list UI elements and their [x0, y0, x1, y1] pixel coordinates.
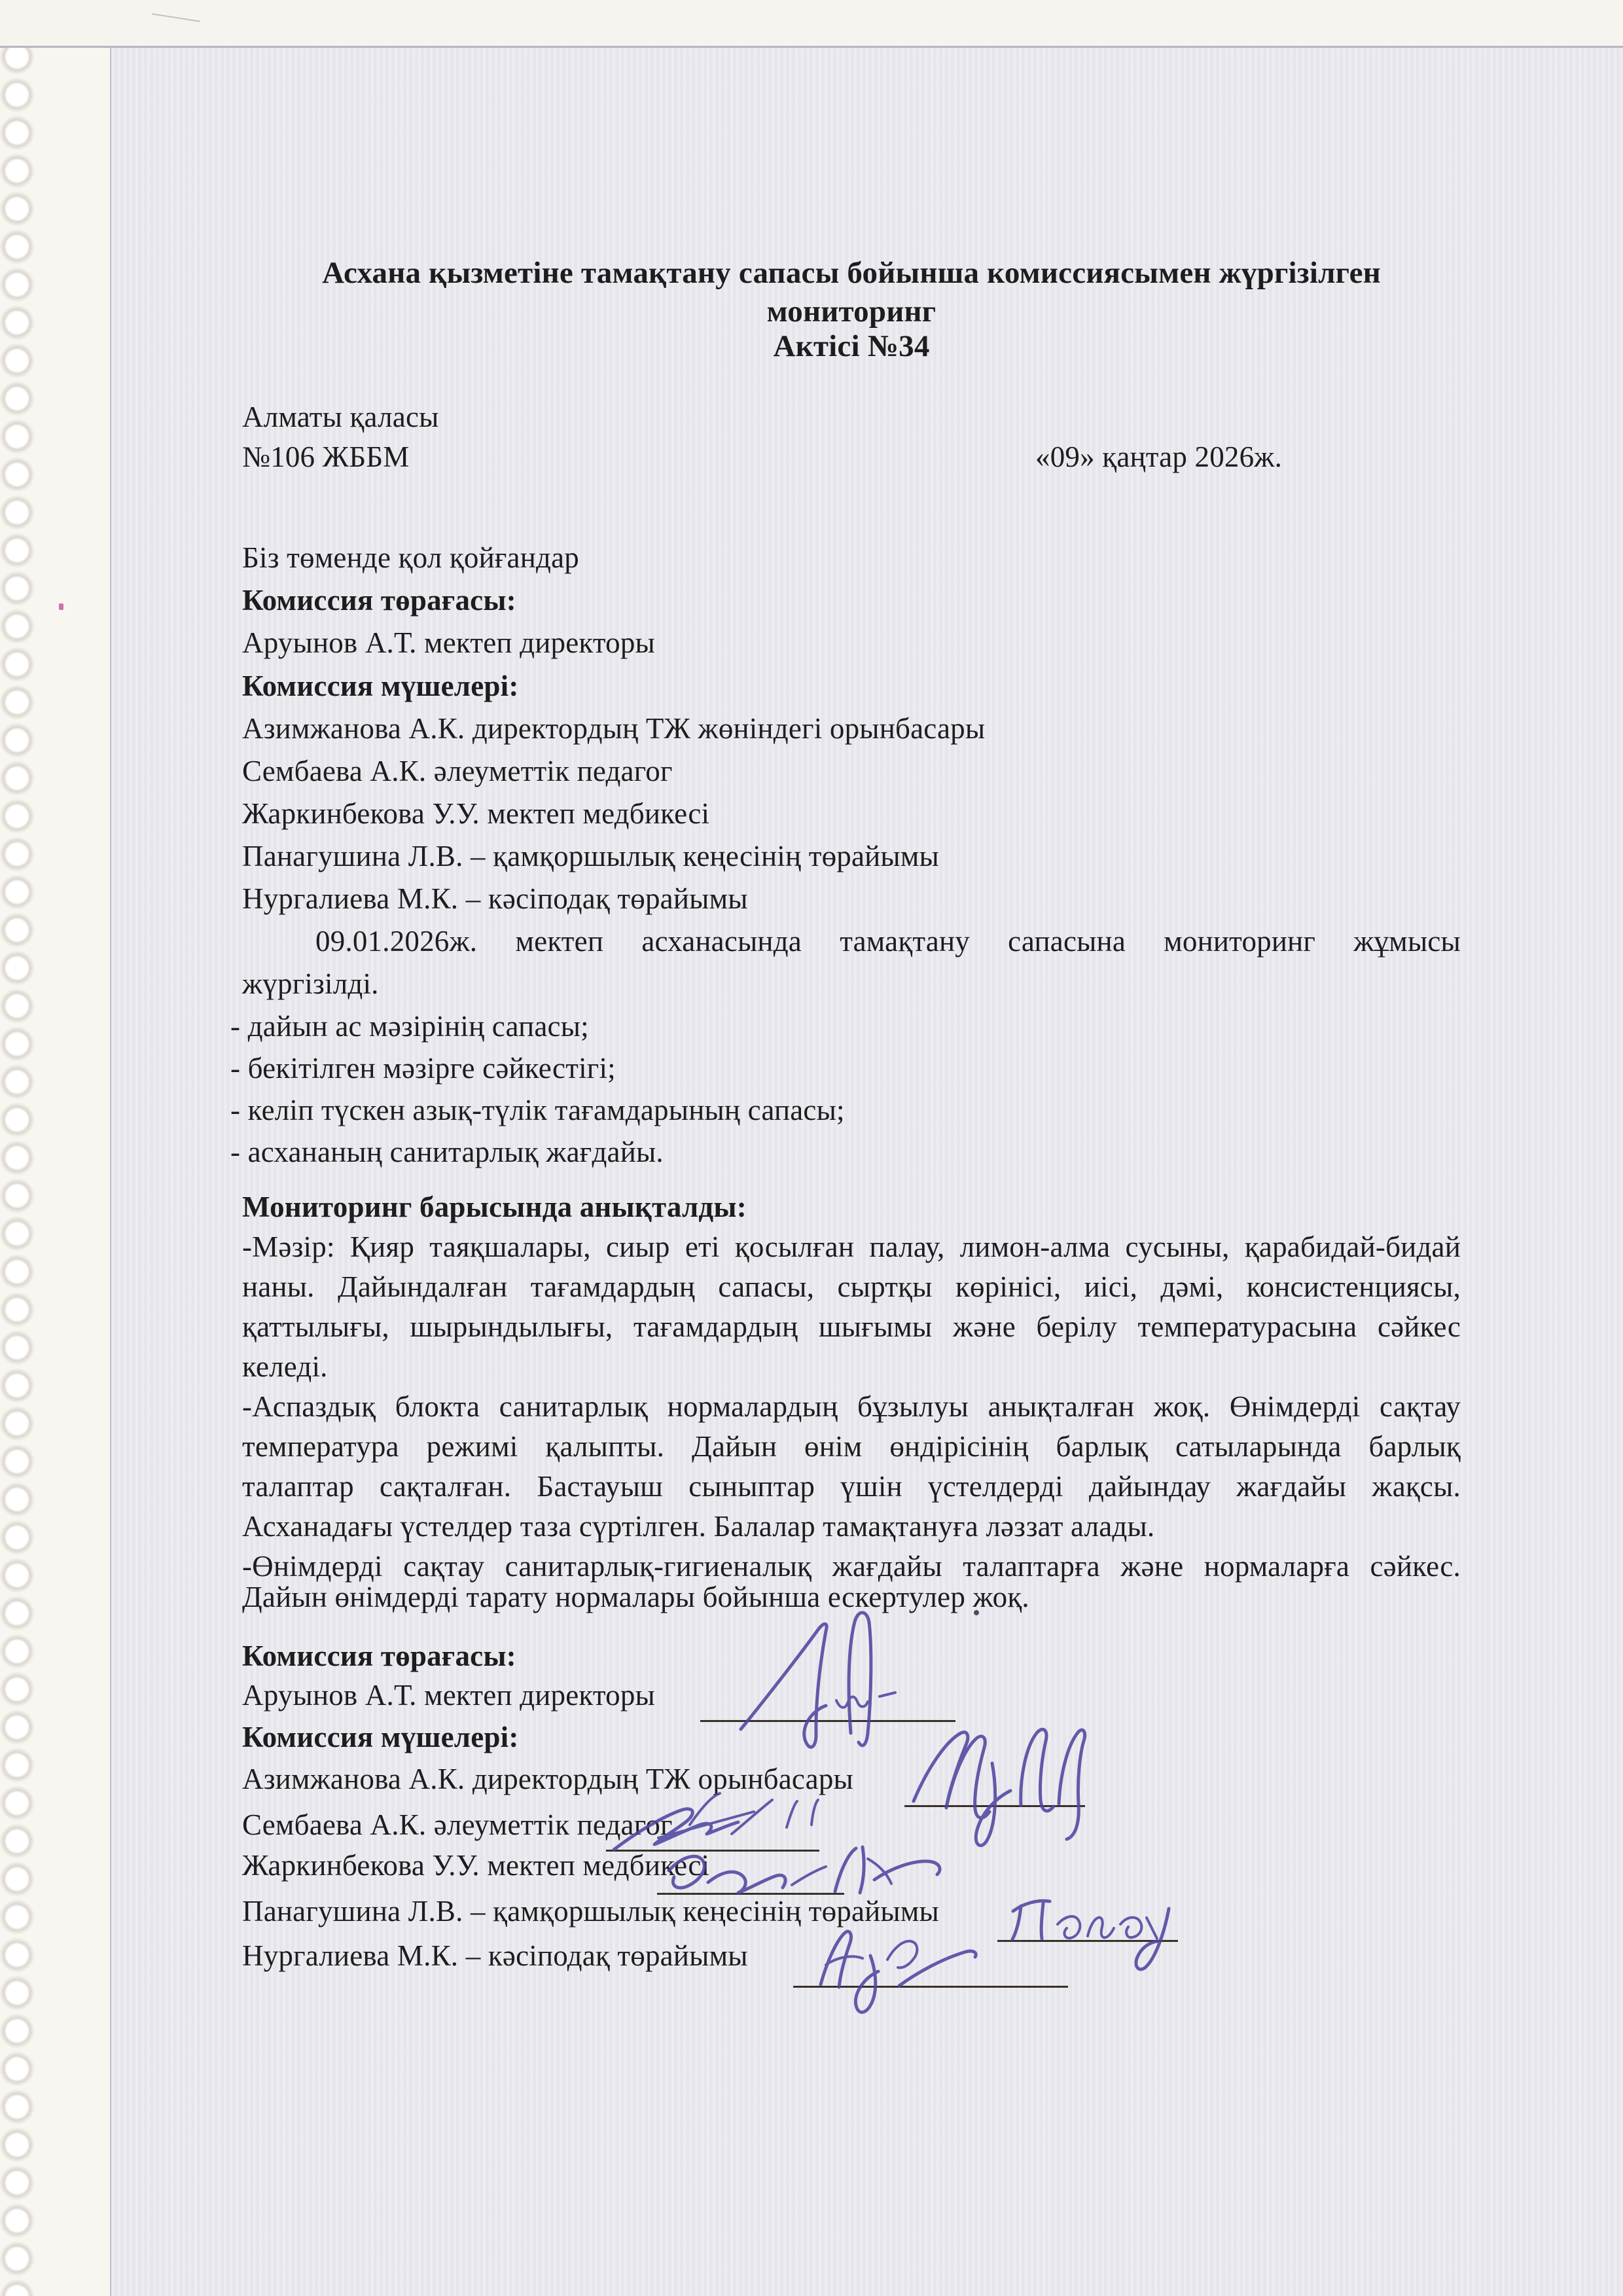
member-line: Панагушина Л.В. – қамқоршылық кеңесінің … [242, 836, 939, 876]
chair-name: Аруынов А.Т. мектеп директоры [242, 623, 655, 662]
findings-heading: Мониторинг барысында анықталды: [242, 1187, 747, 1227]
findings-menu-line: -Мәзір: Қияр таяқшалары, сиыр еті қосылғ… [242, 1227, 1461, 1266]
member-line: Азимжанова А.К. директордың ТЖ жөніндегі… [242, 709, 985, 748]
signature-line-member [997, 1940, 1178, 1942]
signature-line-member [793, 1986, 1068, 1988]
checklist-item: - асхананың санитарлық жағдайы. [230, 1132, 664, 1172]
signoff-members-heading: Комиссия мүшелері: [242, 1717, 519, 1757]
ink-speck [59, 603, 63, 610]
date-line: «09» қаңтар 2026ж. [1035, 437, 1282, 476]
findings-menu-line: қаттылығы, шырындылығы, тағамдардың шығы… [242, 1307, 1461, 1346]
chair-heading: Комиссия төрағасы: [242, 581, 516, 620]
checklist-item: - дайын ас мәзірінің сапасы; [230, 1007, 589, 1046]
signoff-member-label: Сембаева А.К. әлеуметтік педагог [242, 1805, 673, 1844]
city-line: Алматы қаласы [242, 397, 439, 437]
findings-kitchen-line: талаптар сақталған. Бастауыш сыныптар үш… [242, 1467, 1461, 1506]
monitoring-statement-line-1: 09.01.2026ж. мектеп асханасында тамақтан… [242, 922, 1461, 961]
intro-line: Біз төменде қол қойғандар [242, 538, 579, 577]
signoff-chair-label: Аруынов А.Т. мектеп директоры [242, 1676, 655, 1715]
findings-storage-line: Дайын өнімдерді тарату нормалары бойынша… [242, 1577, 1461, 1617]
checklist-item: - бекітілген мәзірге сәйкестігі; [230, 1049, 616, 1088]
signoff-member-label: Панагушина Л.В. – қамқоршылық кеңесінің … [242, 1892, 939, 1931]
findings-kitchen-line: -Аспаздық блокта санитарлық нормалардың … [242, 1387, 1461, 1426]
members-heading: Комиссия мүшелері: [242, 666, 519, 706]
member-line: Жаркинбекова У.У. мектеп медбикесі [242, 794, 709, 833]
findings-menu-line: келеді. [242, 1347, 1461, 1386]
binder-left-margin [0, 0, 111, 2296]
signoff-member-label: Жаркинбекова У.У. мектеп медбикесі [242, 1846, 709, 1885]
signature-aruynov [741, 1613, 895, 1747]
signature-azimzhanova [914, 1729, 1085, 1845]
document-title-line-1: Асхана қызметіне тамақтану сапасы бойынш… [242, 253, 1461, 293]
signoff-member-label: Нургалиева М.К. – кәсіподақ төрайымы [242, 1936, 748, 1975]
findings-kitchen-line: температура режимі қалыпты. Дайын өнім ө… [242, 1427, 1461, 1466]
scanned-document-page: Асхана қызметіне тамақтану сапасы бойынш… [0, 0, 1623, 2296]
scanner-top-margin [0, 0, 1623, 48]
document-title-line-2: мониторинг [242, 292, 1461, 331]
signature-nurgalieva [821, 1931, 976, 2012]
member-line: Сембаева А.К. әлеуметтік педагог [242, 751, 673, 791]
monitoring-statement-line-2: жүргізілді. [242, 964, 379, 1003]
findings-kitchen-line: Асханадағы үстелдер таза сүртілген. Бала… [242, 1507, 1461, 1546]
signoff-chair-heading: Комиссия төрағасы: [242, 1636, 516, 1676]
signature-line-member [904, 1805, 1085, 1807]
checklist-item: - келіп түскен азық-түлік тағамдарының с… [230, 1090, 845, 1130]
signoff-member-label: Азимжанова А.К. директордың ТЖ орынбасар… [242, 1759, 853, 1799]
signature-panagushina [1012, 1901, 1169, 1969]
member-line: Нургалиева М.К. – кәсіподақ төрайымы [242, 879, 748, 918]
signature-line-chair [700, 1720, 955, 1722]
binder-scalloped-edge [0, 0, 38, 2296]
findings-menu-line: наны. Дайындалған тағамдардың сапасы, сы… [242, 1267, 1461, 1306]
school-line: №106 ЖББМ [242, 437, 410, 476]
document-title-act-number: Актісі №34 [242, 327, 1461, 366]
